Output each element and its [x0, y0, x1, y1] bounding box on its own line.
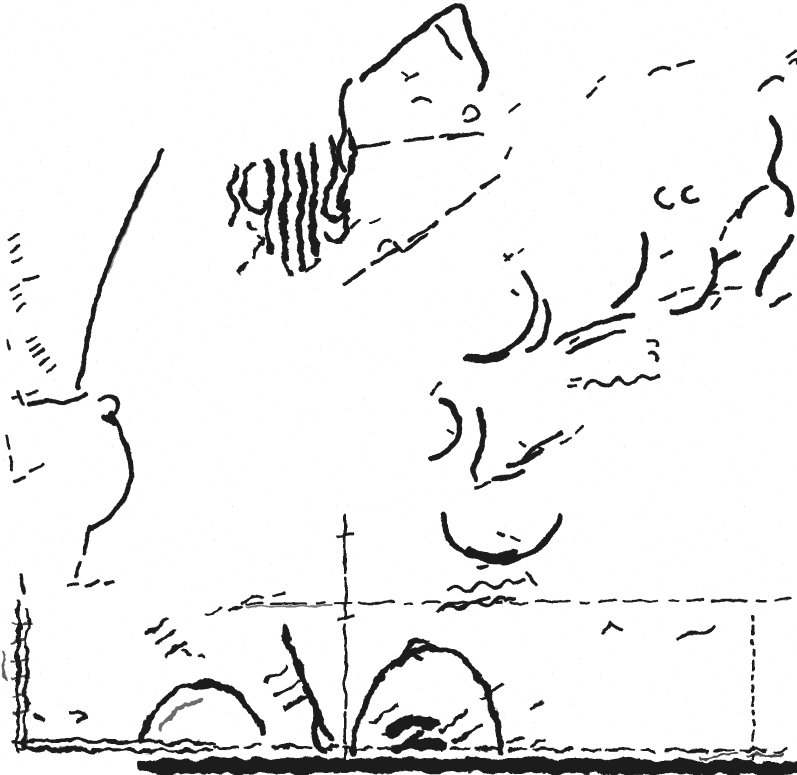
frame-bottom-h2 — [20, 749, 210, 751]
hatch-cluster-stroke-5 — [299, 156, 303, 266]
hatch-cluster-stroke-3 — [267, 160, 271, 251]
left-margin-marks-stroke-5 — [6, 340, 8, 350]
scan-page: { "meta": { "description": "Degraded bla… — [0, 0, 797, 775]
map-canvas — [0, 0, 797, 775]
map-scan — [0, 0, 797, 775]
frame-left-vertical-2 — [26, 609, 27, 749]
hatch-cluster-stroke-6 — [312, 146, 316, 252]
frame-bottom-h1 — [15, 741, 212, 743]
hatch-cluster-stroke-4 — [283, 152, 287, 258]
scan-edge-bar-2 — [150, 769, 797, 772]
graticule-stroke-1 — [247, 606, 332, 607]
